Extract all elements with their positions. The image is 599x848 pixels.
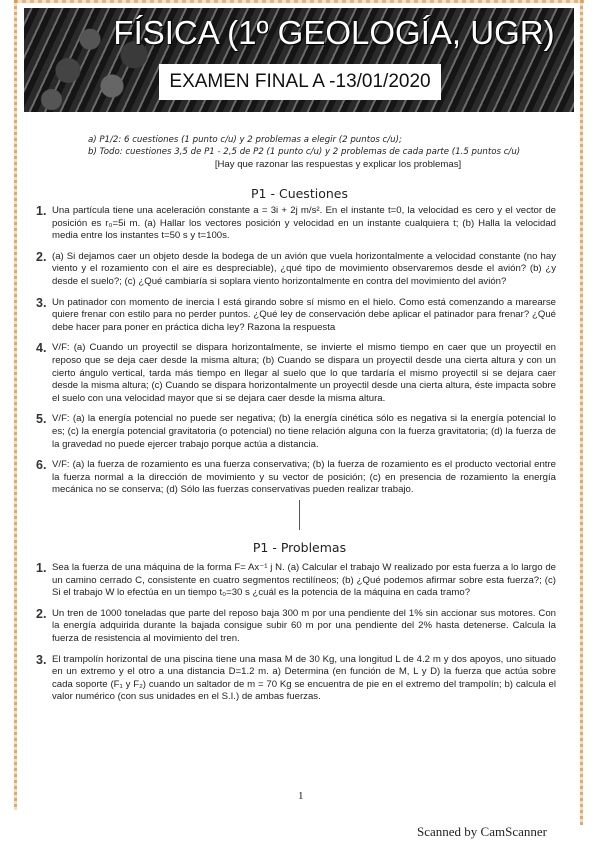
item-text: (a) Si dejamos caer un objeto desde la b…: [52, 251, 556, 289]
item-text: El trampolín horizontal de una piscina t…: [52, 654, 556, 704]
list-item: 2. (a) Si dejamos caer un objeto desde l…: [36, 251, 556, 289]
item-number: 5.: [36, 413, 52, 451]
paper-edge-top: [14, 0, 584, 3]
item-text: V/F: (a) Cuando un proyectil se dispara …: [52, 342, 556, 405]
list-item: 2. Un tren de 1000 toneladas que parte d…: [36, 608, 556, 646]
scan-watermark: Scanned by CamScanner: [417, 824, 547, 840]
fold-line: [299, 500, 300, 530]
exam-subtitle-box: EXAMEN FINAL A -13/01/2020: [159, 64, 441, 100]
page-number: 1: [298, 790, 304, 802]
list-item: 1. Una partícula tiene una aceleración c…: [36, 205, 556, 243]
item-text: V/F: (a) la energía potencial no puede s…: [52, 413, 556, 451]
item-number: 6.: [36, 459, 52, 497]
item-number: 4.: [36, 342, 52, 405]
list-item: 3. El trampolín horizontal de una piscin…: [36, 654, 556, 704]
item-number: 3.: [36, 654, 52, 704]
problemas-list: 1. Sea la fuerza de una máquina de la fo…: [36, 562, 556, 712]
item-text: Sea la fuerza de una máquina de la forma…: [52, 562, 556, 600]
list-item: 4. V/F: (a) Cuando un proyectil se dispa…: [36, 342, 556, 405]
rule-b: b) Todo: cuestiones 3,5 de P1 - 2,5 de P…: [88, 146, 568, 158]
item-number: 1.: [36, 205, 52, 243]
section-title-cuestiones: P1 - Cuestiones: [0, 186, 599, 201]
list-item: 6. V/F: (a) la fuerza de rozamiento es u…: [36, 459, 556, 497]
header-banner: FÍSICA (1º GEOLOGÍA, UGR) EXAMEN FINAL A…: [24, 8, 574, 112]
item-text: Un tren de 1000 toneladas que parte del …: [52, 608, 556, 646]
item-text: Una partícula tiene una aceleración cons…: [52, 205, 556, 243]
item-number: 3.: [36, 297, 52, 335]
item-number: 1.: [36, 562, 52, 600]
list-item: 5. V/F: (a) la energía potencial no pued…: [36, 413, 556, 451]
exam-subtitle: EXAMEN FINAL A -13/01/2020: [169, 71, 430, 93]
rule-a: a) P1/2: 6 cuestiones (1 punto c/u) y 2 …: [88, 134, 568, 146]
list-item: 1. Sea la fuerza de una máquina de la fo…: [36, 562, 556, 600]
item-text: Un patinador con momento de inercia I es…: [52, 297, 556, 335]
paper-edge-left: [14, 0, 17, 810]
item-number: 2.: [36, 608, 52, 646]
grading-rules: a) P1/2: 6 cuestiones (1 punto c/u) y 2 …: [88, 134, 568, 171]
paper-edge-right: [580, 0, 583, 825]
item-number: 2.: [36, 251, 52, 289]
exam-title: FÍSICA (1º GEOLOGÍA, UGR): [94, 14, 574, 52]
section-title-problemas: P1 - Problemas: [0, 540, 599, 555]
rule-note: [Hay que razonar las respuestas y explic…: [108, 159, 568, 171]
list-item: 3. Un patinador con momento de inercia I…: [36, 297, 556, 335]
cuestiones-list: 1. Una partícula tiene una aceleración c…: [36, 205, 556, 505]
item-text: V/F: (a) la fuerza de rozamiento es una …: [52, 459, 556, 497]
